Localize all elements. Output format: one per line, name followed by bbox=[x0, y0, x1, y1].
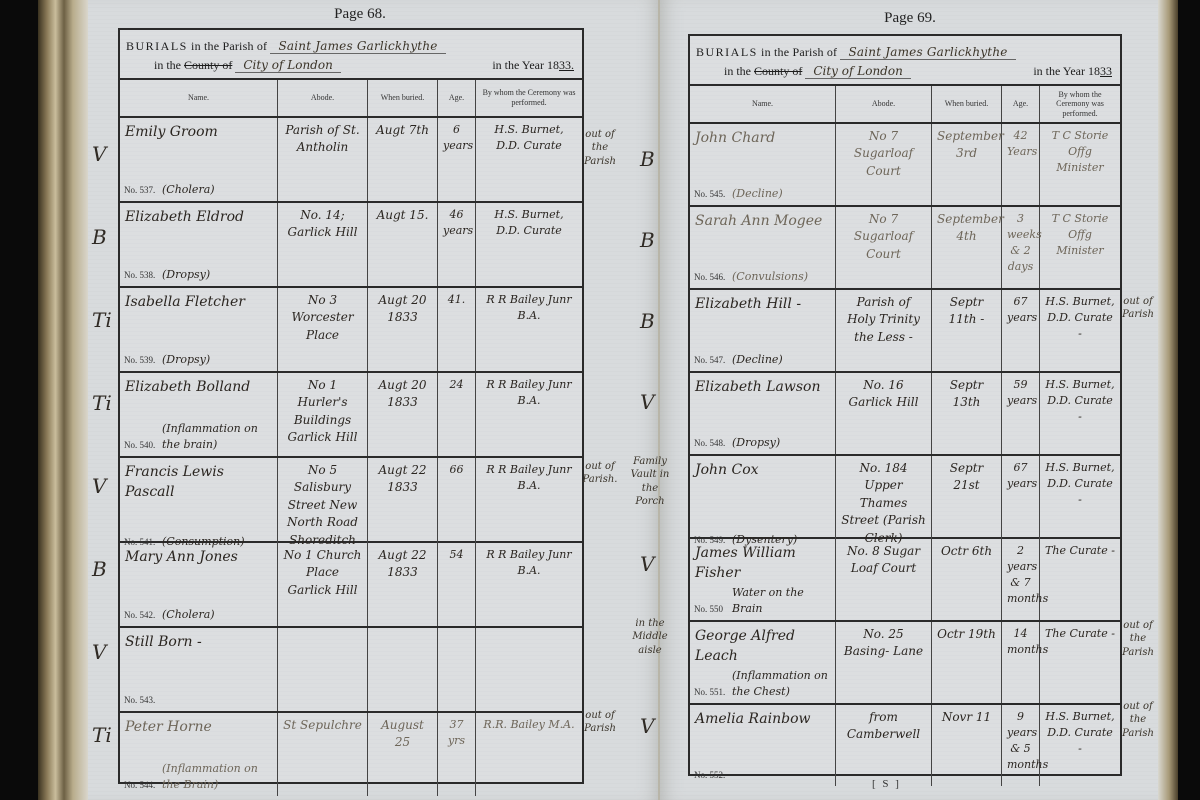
name-cell: Elizabeth EldrodNo. 538.(Dropsy) bbox=[120, 203, 278, 286]
table-row: Elizabeth BollandNo. 540.(Inflammation o… bbox=[120, 373, 582, 458]
age-cell: 59 years bbox=[1002, 373, 1040, 454]
entry-name: Peter Horne bbox=[125, 717, 272, 737]
entry-number: No. 544. bbox=[124, 779, 155, 792]
entry-name: Mary Ann Jones bbox=[125, 547, 272, 567]
margin-out-of-parish: out of Parish bbox=[580, 709, 620, 736]
register-header: BURIALS in the Parish of Saint James Gar… bbox=[690, 36, 1120, 86]
when-buried-cell: Augt 22 1833 bbox=[368, 458, 438, 553]
officiant-cell: H.S. Burnet, D.D. Curate - bbox=[1040, 456, 1120, 551]
entry-name: James William Fisher bbox=[695, 543, 830, 584]
age-cell: 46 years bbox=[438, 203, 476, 286]
entry-number: No. 545. bbox=[694, 188, 725, 201]
when-buried-cell: Octr 6th bbox=[932, 539, 1002, 620]
table-row: Peter HorneNo. 544.(Inflammation on the … bbox=[120, 713, 582, 796]
table-row: Francis Lewis PascallNo. 541.(Consumptio… bbox=[120, 458, 582, 543]
name-cell: George Alfred LeachNo. 551.(Inflammation… bbox=[690, 622, 836, 703]
book-page-edges-right bbox=[1158, 0, 1178, 800]
cause-of-death: (Cholera) bbox=[162, 182, 215, 198]
margin-register-mark: V bbox=[640, 552, 654, 576]
entry-number: No. 540. bbox=[124, 439, 155, 452]
abode-cell: Parish of Holy Trinity the Less - bbox=[836, 290, 932, 371]
entry-name: Emily Groom bbox=[125, 122, 272, 142]
name-cell: Elizabeth LawsonNo. 548.(Dropsy) bbox=[690, 373, 836, 454]
in-parish-label: in the Parish of bbox=[191, 39, 267, 53]
entry-number: No. 550 bbox=[694, 603, 723, 616]
abode-cell: No 5 Salisbury Street New North Road Sho… bbox=[278, 458, 368, 553]
margin-out-of-parish: out of the Parish bbox=[580, 128, 620, 169]
entry-number: No. 552. bbox=[694, 769, 725, 782]
name-cell: Francis Lewis PascallNo. 541.(Consumptio… bbox=[120, 458, 278, 553]
in-the-label: in the bbox=[724, 64, 751, 78]
entry-name: George Alfred Leach bbox=[695, 626, 830, 667]
age-cell: 42 Years bbox=[1002, 124, 1040, 205]
name-cell: John CoxNo. 549.(Dysentery) bbox=[690, 456, 836, 551]
name-cell: Peter HorneNo. 544.(Inflammation on the … bbox=[120, 713, 278, 796]
officiant-cell: R R Bailey Junr B.A. bbox=[476, 373, 582, 456]
margin-register-mark: V bbox=[92, 474, 106, 498]
abode-cell bbox=[278, 628, 368, 711]
officiant-cell: R.R. Bailey M.A. bbox=[476, 713, 582, 796]
column-header: Abode. bbox=[278, 80, 368, 116]
cause-of-death: (Inflammation on the brain) bbox=[162, 421, 277, 453]
abode-cell: No 1 Church Place Garlick Hill bbox=[278, 543, 368, 626]
when-buried-cell: Augt 20 1833 bbox=[368, 288, 438, 371]
name-cell: Isabella FletcherNo. 539.(Dropsy) bbox=[120, 288, 278, 371]
margin-register-mark: B bbox=[92, 225, 107, 249]
officiant-cell: T C Storie Offg Minister bbox=[1040, 124, 1120, 205]
burials-label: BURIALS bbox=[696, 45, 758, 59]
abode-cell: No. 8 Sugar Loaf Court bbox=[836, 539, 932, 620]
when-buried-cell: Augt 20 1833 bbox=[368, 373, 438, 456]
age-cell: 67 years bbox=[1002, 456, 1040, 551]
cause-of-death: (Inflammation on the Chest) bbox=[732, 668, 835, 700]
age-cell: 6 years bbox=[438, 118, 476, 201]
entry-name: Elizabeth Hill - bbox=[695, 294, 830, 314]
when-buried-cell: Novr 11 bbox=[932, 705, 1002, 786]
cause-of-death: Water on the Brain bbox=[732, 585, 835, 617]
abode-cell: No. 184 Upper Thames Street (Parish Cler… bbox=[836, 456, 932, 551]
page-title-left: Page 68. bbox=[300, 6, 420, 23]
entry-number: No. 537. bbox=[124, 184, 155, 197]
entry-name: Elizabeth Lawson bbox=[695, 377, 830, 397]
margin-register-mark: B bbox=[640, 309, 655, 333]
margin-register-mark: Ti bbox=[92, 723, 112, 747]
name-cell: Elizabeth Hill -No. 547.(Decline) bbox=[690, 290, 836, 371]
age-cell: 9 years & 5 months bbox=[1002, 705, 1040, 786]
page-title-right: Page 69. bbox=[850, 10, 970, 27]
year-label: in the Year 18 bbox=[492, 58, 559, 72]
officiant-cell: The Curate - bbox=[1040, 622, 1120, 703]
column-header: Age. bbox=[438, 80, 476, 116]
name-cell: Mary Ann JonesNo. 542.(Cholera) bbox=[120, 543, 278, 626]
column-header: By whom the Ceremony was performed. bbox=[1040, 86, 1120, 122]
entry-name: Isabella Fletcher bbox=[125, 292, 272, 312]
year-value: 33 bbox=[1100, 64, 1112, 78]
parish-name: Saint James Garlickhythe bbox=[270, 39, 445, 54]
county-of-struck: County of bbox=[184, 58, 232, 72]
cause-of-death: (Dropsy) bbox=[162, 267, 210, 283]
age-cell: 3 weeks & 2 days bbox=[1002, 207, 1040, 288]
table-row: Elizabeth EldrodNo. 538.(Dropsy)No. 14; … bbox=[120, 203, 582, 288]
entry-name: John Chard bbox=[695, 128, 830, 148]
cause-of-death: (Convulsions) bbox=[732, 269, 808, 285]
cause-of-death: (Inflammation on the Brain) bbox=[162, 761, 277, 793]
cause-of-death: (Dropsy) bbox=[732, 435, 780, 451]
entry-name: Sarah Ann Mogee bbox=[695, 211, 830, 231]
abode-cell: No. 25 Basing- Lane bbox=[836, 622, 932, 703]
entries-list: John ChardNo. 545.(Decline)No 7 Sugarloa… bbox=[690, 124, 1120, 786]
officiant-cell bbox=[476, 628, 582, 711]
age-cell: 14 months bbox=[1002, 622, 1040, 703]
margin-register-mark: Ti bbox=[92, 391, 112, 415]
officiant-cell: H.S. Burnet, D.D. Curate - bbox=[1040, 290, 1120, 371]
entry-number: No. 538. bbox=[124, 269, 155, 282]
entry-number: No. 542. bbox=[124, 609, 155, 622]
abode-cell: No 7 Sugarloaf Court bbox=[836, 207, 932, 288]
column-header: When buried. bbox=[932, 86, 1002, 122]
county-name: City of London bbox=[235, 58, 340, 73]
margin-out-of-parish: out of the Parish bbox=[1118, 619, 1158, 660]
when-buried-cell: Septr 11th - bbox=[932, 290, 1002, 371]
cause-of-death: (Cholera) bbox=[162, 607, 215, 623]
when-buried-cell: Augt 7th bbox=[368, 118, 438, 201]
officiant-cell: H.S. Burnet, D.D. Curate bbox=[476, 203, 582, 286]
table-row: John CoxNo. 549.(Dysentery)No. 184 Upper… bbox=[690, 456, 1120, 539]
abode-cell: from Camberwell bbox=[836, 705, 932, 786]
table-row: Mary Ann JonesNo. 542.(Cholera)No 1 Chur… bbox=[120, 543, 582, 628]
entry-name: Elizabeth Bolland bbox=[125, 377, 272, 397]
table-row: James William FisherNo. 550Water on the … bbox=[690, 539, 1120, 622]
margin-register-mark: V bbox=[640, 714, 654, 738]
entry-name: Amelia Rainbow bbox=[695, 709, 830, 729]
register-header: BURIALS in the Parish of Saint James Gar… bbox=[120, 30, 582, 80]
entry-name: Francis Lewis Pascall bbox=[125, 462, 272, 503]
when-buried-cell: September 4th bbox=[932, 207, 1002, 288]
table-row: George Alfred LeachNo. 551.(Inflammation… bbox=[690, 622, 1120, 705]
table-row: Still Born -No. 543. bbox=[120, 628, 582, 713]
when-buried-cell: Septr 13th bbox=[932, 373, 1002, 454]
in-the-label: in the bbox=[154, 58, 181, 72]
age-cell: 66 bbox=[438, 458, 476, 553]
column-headers: Name.Abode.When buried.Age.By whom the C… bbox=[120, 80, 582, 118]
name-cell: Elizabeth BollandNo. 540.(Inflammation o… bbox=[120, 373, 278, 456]
book-page-edges-left bbox=[38, 0, 88, 800]
column-header: When buried. bbox=[368, 80, 438, 116]
entries-list: Emily GroomNo. 537.(Cholera)Parish of St… bbox=[120, 118, 582, 796]
entry-number: No. 546. bbox=[694, 271, 725, 284]
abode-cell: No. 16 Garlick Hill bbox=[836, 373, 932, 454]
officiant-cell: R R Bailey Junr B.A. bbox=[476, 288, 582, 371]
abode-cell: No 1 Hurler's Buildings Garlick Hill bbox=[278, 373, 368, 456]
age-cell: 41. bbox=[438, 288, 476, 371]
abode-cell: Parish of St. Antholin bbox=[278, 118, 368, 201]
name-cell: Emily GroomNo. 537.(Cholera) bbox=[120, 118, 278, 201]
cause-of-death: (Decline) bbox=[732, 186, 783, 202]
margin-register-mark: B bbox=[640, 147, 655, 171]
table-row: Elizabeth Hill -No. 547.(Decline)Parish … bbox=[690, 290, 1120, 373]
name-cell: Amelia RainbowNo. 552. bbox=[690, 705, 836, 786]
margin-register-mark: V bbox=[92, 142, 106, 166]
margin-register-mark: B bbox=[92, 557, 107, 581]
name-cell: John ChardNo. 545.(Decline) bbox=[690, 124, 836, 205]
abode-cell: No 7 Sugarloaf Court bbox=[836, 124, 932, 205]
margin-register-mark: B bbox=[640, 228, 655, 252]
margin-out-of-parish: out of the Parish bbox=[1118, 700, 1158, 741]
entry-number: No. 539. bbox=[124, 354, 155, 367]
entry-name: Elizabeth Eldrod bbox=[125, 207, 272, 227]
entry-name: John Cox bbox=[695, 460, 830, 480]
cause-of-death: (Decline) bbox=[732, 352, 783, 368]
when-buried-cell: Augt 15. bbox=[368, 203, 438, 286]
abode-cell: No. 14; Garlick Hill bbox=[278, 203, 368, 286]
margin-register-mark: V bbox=[92, 640, 106, 664]
burial-register-left: BURIALS in the Parish of Saint James Gar… bbox=[118, 28, 584, 784]
officiant-cell: T C Storie Offg Minister bbox=[1040, 207, 1120, 288]
year-label: in the Year 18 bbox=[1033, 64, 1100, 78]
officiant-cell: The Curate - bbox=[1040, 539, 1120, 620]
abode-cell: No 3 Worcester Place bbox=[278, 288, 368, 371]
in-parish-label: in the Parish of bbox=[761, 45, 837, 59]
county-of-struck: County of bbox=[754, 64, 802, 78]
name-cell: Still Born -No. 543. bbox=[120, 628, 278, 711]
age-cell: 67 years bbox=[1002, 290, 1040, 371]
abode-cell: St Sepulchre bbox=[278, 713, 368, 796]
when-buried-cell bbox=[368, 628, 438, 711]
burials-label: BURIALS bbox=[126, 39, 188, 53]
table-row: Emily GroomNo. 537.(Cholera)Parish of St… bbox=[120, 118, 582, 203]
column-header: Name. bbox=[690, 86, 836, 122]
table-row: Elizabeth LawsonNo. 548.(Dropsy)No. 16 G… bbox=[690, 373, 1120, 456]
officiant-cell: H.S. Burnet, D.D. Curate - bbox=[1040, 373, 1120, 454]
officiant-cell: H.S. Burnet, D.D. Curate - bbox=[1040, 705, 1120, 786]
age-cell: 24 bbox=[438, 373, 476, 456]
year-value: 33. bbox=[559, 58, 574, 72]
column-header: Age. bbox=[1002, 86, 1040, 122]
age-cell: 37 yrs bbox=[438, 713, 476, 796]
margin-burial-location: Family Vault in the Porch bbox=[626, 455, 674, 509]
margin-register-mark: Ti bbox=[92, 308, 112, 332]
burial-register-right: BURIALS in the Parish of Saint James Gar… bbox=[688, 34, 1122, 776]
entry-number: No. 548. bbox=[694, 437, 725, 450]
entry-number: No. 551. bbox=[694, 686, 725, 699]
name-cell: Sarah Ann MogeeNo. 546.(Convulsions) bbox=[690, 207, 836, 288]
column-headers: Name.Abode.When buried.Age.By whom the C… bbox=[690, 86, 1120, 124]
column-header: By whom the Ceremony was performed. bbox=[476, 80, 582, 116]
table-row: John ChardNo. 545.(Decline)No 7 Sugarloa… bbox=[690, 124, 1120, 207]
table-row: Amelia RainbowNo. 552.from CamberwellNov… bbox=[690, 705, 1120, 786]
when-buried-cell: Septr 21st bbox=[932, 456, 1002, 551]
officiant-cell: H.S. Burnet, D.D. Curate bbox=[476, 118, 582, 201]
cause-of-death: (Dropsy) bbox=[162, 352, 210, 368]
age-cell bbox=[438, 628, 476, 711]
when-buried-cell: Octr 19th bbox=[932, 622, 1002, 703]
entry-name: Still Born - bbox=[125, 632, 272, 652]
column-header: Abode. bbox=[836, 86, 932, 122]
table-row: Isabella FletcherNo. 539.(Dropsy)No 3 Wo… bbox=[120, 288, 582, 373]
margin-register-mark: V bbox=[640, 390, 654, 414]
name-cell: James William FisherNo. 550Water on the … bbox=[690, 539, 836, 620]
officiant-cell: R R Bailey Junr B.A. bbox=[476, 543, 582, 626]
signature-mark: [ S ] bbox=[872, 778, 901, 790]
margin-burial-location: in the Middle aisle bbox=[626, 617, 674, 658]
age-cell: 54 bbox=[438, 543, 476, 626]
margin-out-of-parish: out of Parish bbox=[1118, 295, 1158, 322]
when-buried-cell: Augt 22 1833 bbox=[368, 543, 438, 626]
table-row: Sarah Ann MogeeNo. 546.(Convulsions)No 7… bbox=[690, 207, 1120, 290]
county-name: City of London bbox=[805, 64, 910, 79]
entry-number: No. 543. bbox=[124, 694, 155, 707]
when-buried-cell: August 25 bbox=[368, 713, 438, 796]
officiant-cell: R R Bailey Junr B.A. bbox=[476, 458, 582, 553]
entry-number: No. 547. bbox=[694, 354, 725, 367]
age-cell: 2 years & 7 months bbox=[1002, 539, 1040, 620]
parish-name: Saint James Garlickhythe bbox=[840, 45, 1015, 60]
column-header: Name. bbox=[120, 80, 278, 116]
when-buried-cell: September 3rd bbox=[932, 124, 1002, 205]
margin-out-of-parish: out of Parish. bbox=[580, 460, 620, 487]
